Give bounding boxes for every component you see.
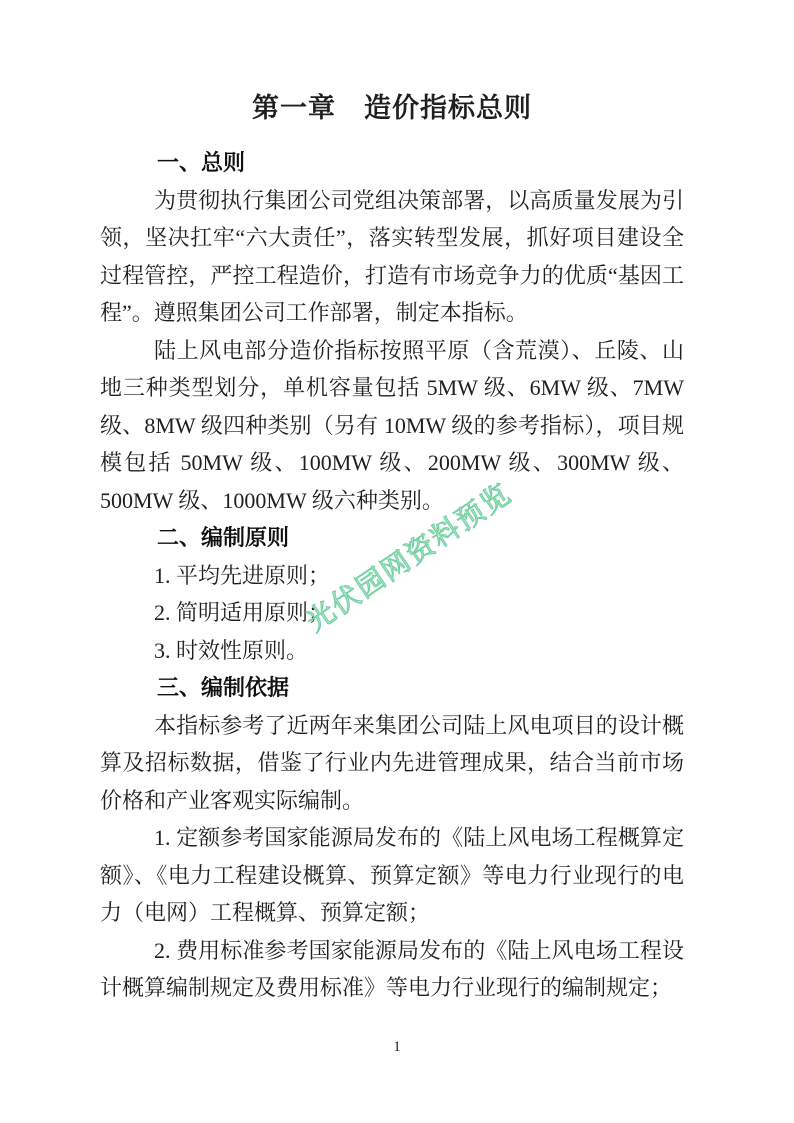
- paragraph: 1. 定额参考国家能源局发布的《陆上风电场工程概算定额》、《电力工程建设概算、预…: [100, 819, 684, 932]
- section-compilation-principles: 二、编制原则 1. 平均先进原则； 2. 简明适用原则； 3. 时效性原则。: [100, 519, 684, 669]
- paragraph: 陆上风电部分造价指标按照平原（含荒漠）、丘陵、山地三种类型划分，单机容量包括 5…: [100, 332, 684, 520]
- paragraph: 为贯彻执行集团公司党组决策部署，以高质量发展为引领，坚决扛牢“六大责任”，落实转…: [100, 182, 684, 332]
- list-item: 3. 时效性原则。: [100, 632, 684, 670]
- page-number: 1: [393, 1039, 401, 1055]
- page-title: 第一章 造价指标总则: [100, 88, 684, 128]
- document-body: 第一章 造价指标总则 一、总则 为贯彻执行集团公司党组决策部署，以高质量发展为引…: [100, 88, 684, 1007]
- document-page: 第一章 造价指标总则 一、总则 为贯彻执行集团公司党组决策部署，以高质量发展为引…: [0, 0, 794, 1123]
- section-compilation-basis: 三、编制依据 本指标参考了近两年来集团公司陆上风电项目的设计概算及招标数据，借鉴…: [100, 669, 684, 1007]
- section-heading-compilation-basis: 三、编制依据: [100, 669, 684, 707]
- paragraph: 本指标参考了近两年来集团公司陆上风电项目的设计概算及招标数据，借鉴了行业内先进管…: [100, 707, 684, 820]
- list-item: 2. 简明适用原则；: [100, 594, 684, 632]
- list-item: 1. 平均先进原则；: [100, 557, 684, 595]
- page-footer: 1: [0, 1038, 794, 1056]
- section-general-rules: 一、总则 为贯彻执行集团公司党组决策部署，以高质量发展为引领，坚决扛牢“六大责任…: [100, 144, 684, 519]
- section-heading-general-rules: 一、总则: [100, 144, 684, 182]
- paragraph: 2. 费用标准参考国家能源局发布的《陆上风电场工程设计概算编制规定及费用标准》等…: [100, 932, 684, 1007]
- section-heading-compilation-principles: 二、编制原则: [100, 519, 684, 557]
